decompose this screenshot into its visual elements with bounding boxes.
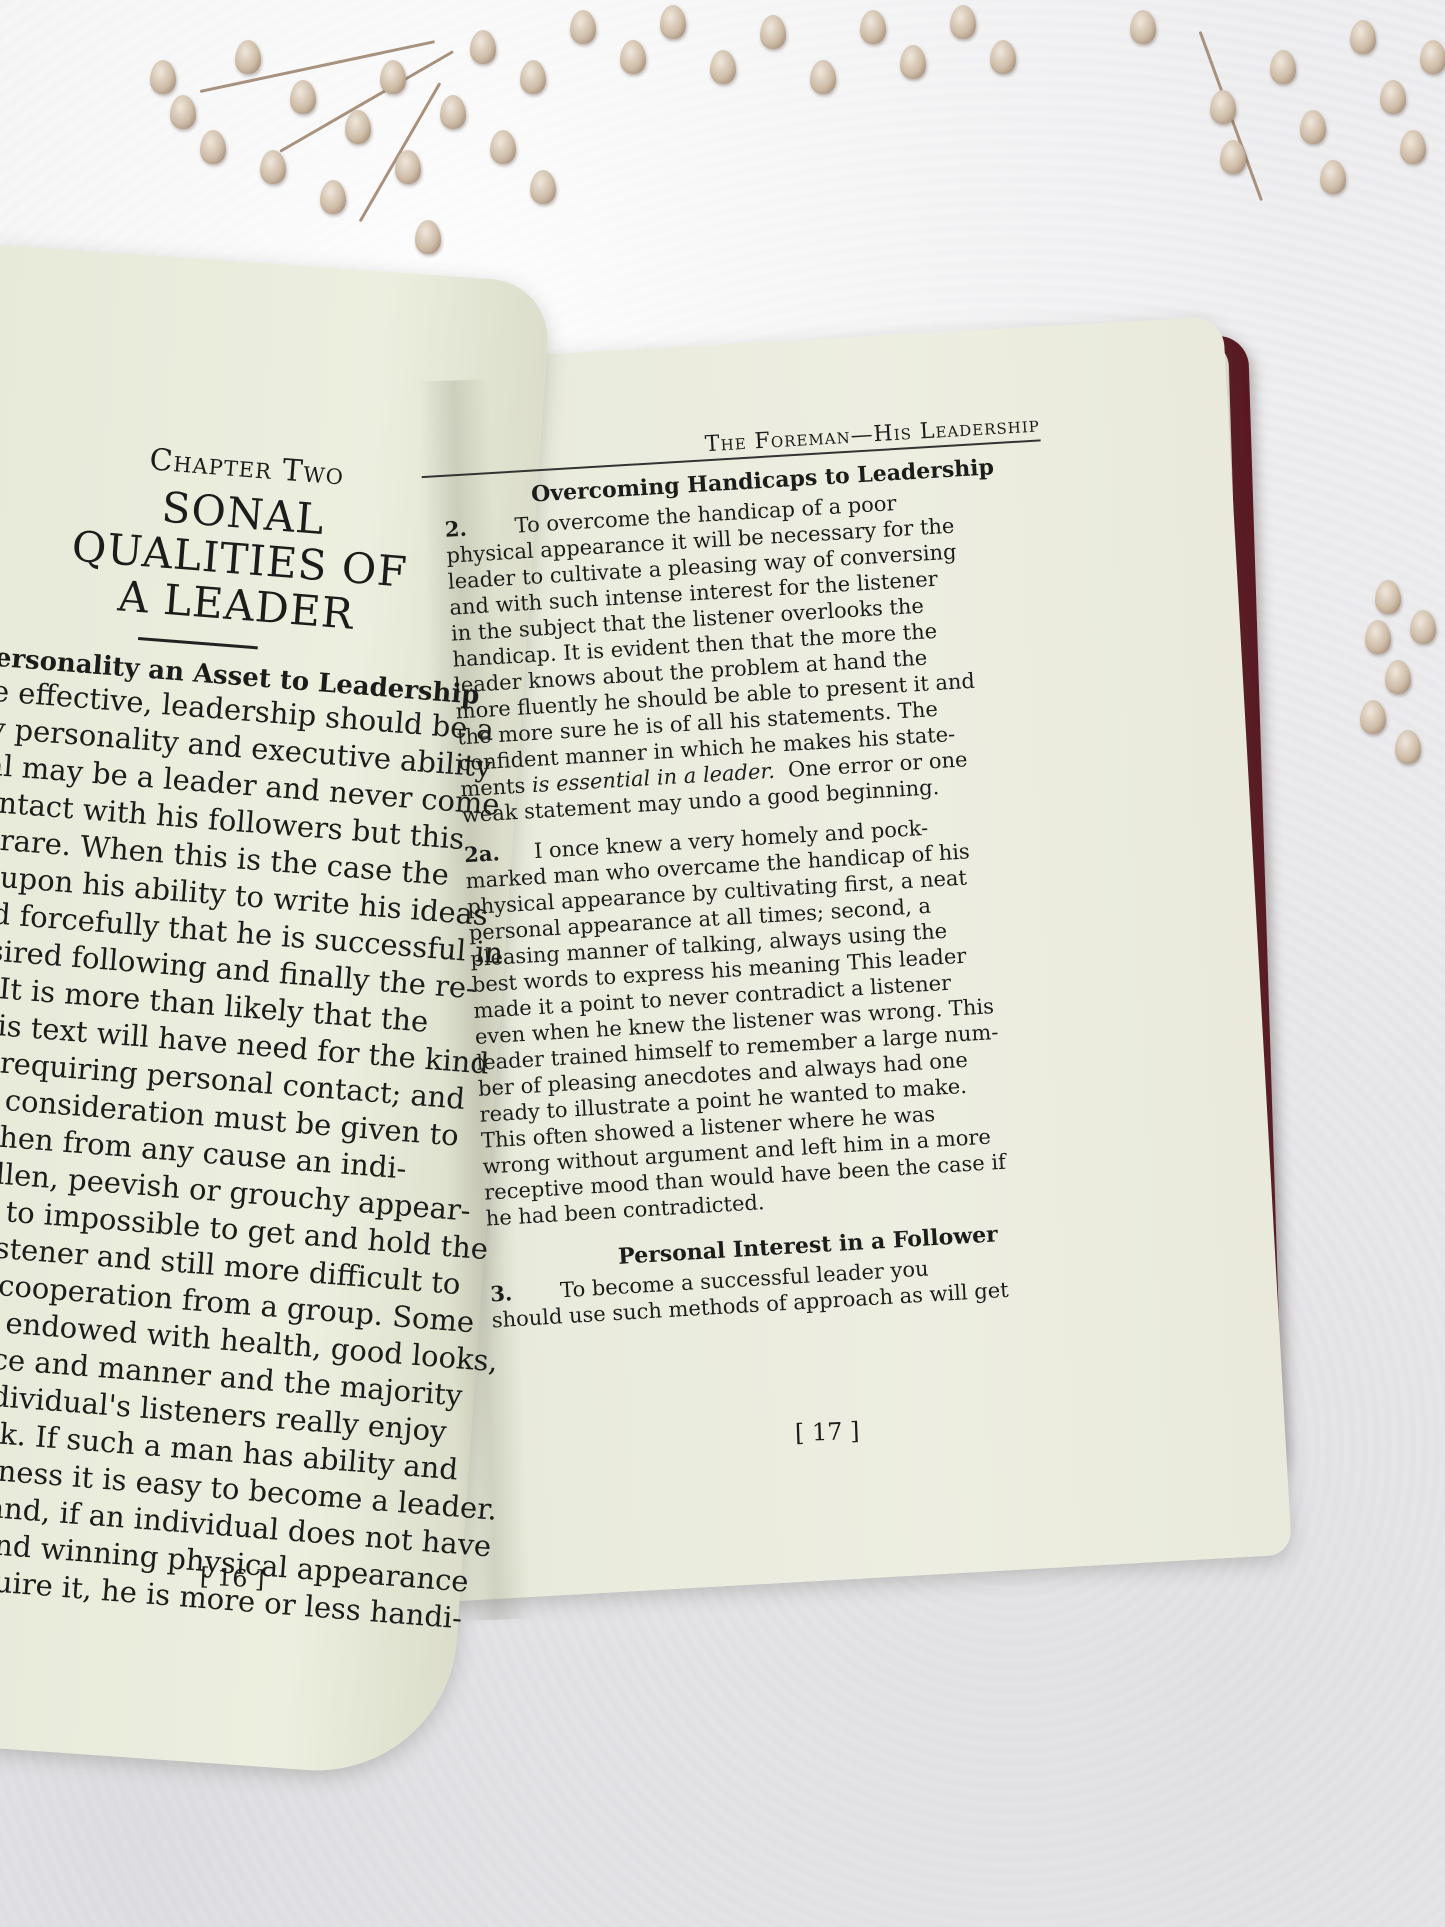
left-page-text: Chapter Two SONAL QUALITIES OF A LEADER …: [0, 430, 463, 1630]
chapter-title: SONAL QUALITIES OF A LEADER: [20, 474, 460, 645]
paragraph-2a: 2a.I once knew a very homely and pock- m…: [463, 804, 1125, 1231]
page-number-right: [ 17 ]: [795, 1417, 860, 1447]
title-rule: [138, 637, 258, 649]
open-book: Chapter Two SONAL QUALITIES OF A LEADER …: [0, 0, 1445, 1927]
page-number-left: [ 16 ]: [199, 1562, 265, 1593]
paragraph-2: 2.To overcome the handicap of a poor phy…: [444, 479, 1101, 828]
left-body-text: be effective, leadership should be aby p…: [0, 671, 444, 1630]
right-page-text: The Foreman—His Leadership Overcoming Ha…: [440, 410, 1131, 1333]
